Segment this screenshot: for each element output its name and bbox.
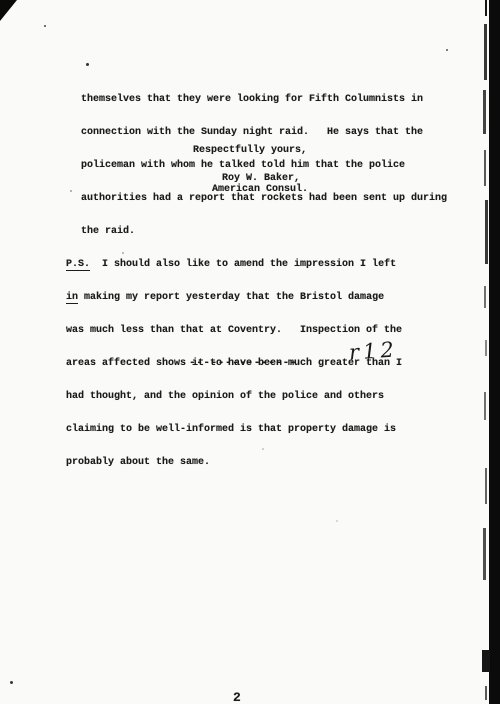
scan-noise — [482, 650, 490, 672]
postscript-text: making my report yesterday that the Bris… — [78, 292, 384, 303]
scan-noise — [484, 150, 486, 186]
postscript-line: had thought, and the opinion of the poli… — [66, 391, 402, 402]
scan-noise — [485, 468, 487, 504]
body-line: the raid. — [81, 226, 447, 237]
scan-speck — [446, 49, 448, 51]
body-line: connection with the Sunday night raid. H… — [81, 127, 447, 138]
signature-title: American Consul. — [212, 184, 308, 195]
scan-edge-band — [489, 0, 500, 704]
handwritten-annotation: r12 — [348, 337, 398, 364]
scan-speck — [10, 681, 13, 684]
postscript-line: was much less than that at Coventry. Ins… — [66, 325, 402, 336]
scan-noise — [483, 528, 486, 580]
scan-noise — [484, 392, 486, 420]
scanned-letter-page: themselves that they were looking for Fi… — [0, 0, 500, 704]
scan-noise — [485, 686, 487, 700]
closing-line: Respectfully yours, — [193, 145, 307, 156]
scan-noise — [483, 90, 486, 134]
scan-speck — [70, 190, 72, 192]
postscript-line: P.S. I should also like to amend the imp… — [66, 259, 402, 270]
postscript-line: claiming to be well-informed is that pro… — [66, 424, 402, 435]
typed-divider: --------------- — [189, 358, 297, 369]
page-number: 2 — [233, 692, 241, 703]
postscript-line: probably about the same. — [66, 457, 402, 468]
scan-noise — [485, 0, 487, 16]
scan-noise — [484, 286, 486, 308]
body-line: policeman with whom he talked told him t… — [81, 160, 447, 171]
scan-noise — [485, 340, 487, 356]
scan-speck — [86, 63, 89, 66]
postscript-line: in making my report yesterday that the B… — [66, 292, 402, 303]
scan-noise — [485, 200, 488, 264]
body-paragraph: themselves that they were looking for Fi… — [81, 72, 447, 259]
scan-corner-artifact — [0, 0, 17, 21]
postscript-text: I should also like to amend the impressi… — [90, 259, 396, 270]
body-line: themselves that they were looking for Fi… — [81, 94, 447, 105]
scan-noise — [484, 24, 487, 80]
signature-name: Roy W. Baker, — [222, 173, 300, 184]
scan-speck — [44, 25, 46, 27]
scan-speck — [336, 520, 338, 522]
postscript-label: P.S. — [66, 259, 90, 271]
postscript-underlined-word: in — [66, 292, 78, 304]
